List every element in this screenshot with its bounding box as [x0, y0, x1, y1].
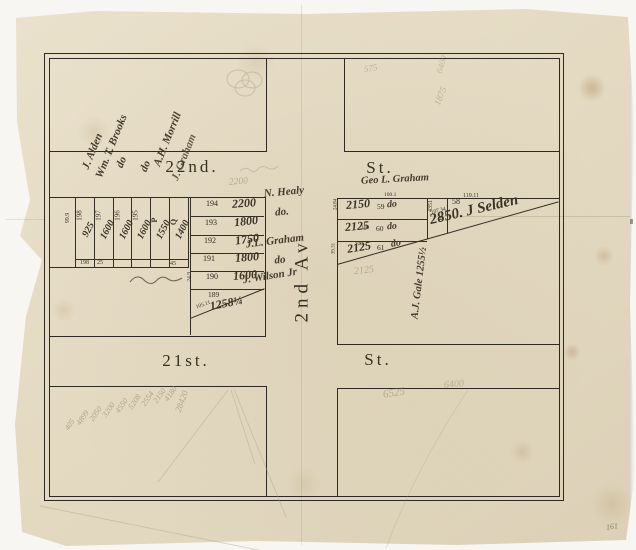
- lot-dim: 24.84: [334, 192, 339, 218]
- lot-line: [49, 267, 188, 268]
- block-upper-right: [344, 58, 560, 152]
- lot-number: 191: [203, 255, 215, 263]
- pencil-note: 2125: [354, 265, 375, 277]
- lot-dim: 39.31: [332, 236, 337, 262]
- lot-number: 59: [377, 203, 385, 211]
- lot-line: [188, 197, 189, 268]
- block-lower-right: [337, 388, 560, 497]
- lot-dim: 100.1: [384, 193, 396, 199]
- pencil-note: 2200: [229, 177, 249, 188]
- pencil-note: 161: [606, 522, 619, 532]
- lot-number: 190: [206, 273, 218, 281]
- street-label-22nd: 22nd.: [160, 158, 224, 175]
- owner-name: do.: [272, 206, 293, 219]
- pencil-note: 6400: [444, 379, 465, 390]
- street-label-st-bottom: St.: [358, 351, 398, 368]
- lot-dim: 100: [361, 226, 369, 232]
- lot-dim: 198: [80, 260, 89, 266]
- lot-number: 60: [376, 225, 384, 233]
- lot-dim: 99.9: [65, 204, 71, 232]
- fold-crease-horizontal-left: [6, 219, 46, 220]
- lot-dim: 24.9: [187, 264, 193, 290]
- lot-number: 193: [205, 219, 217, 227]
- street-label-21st: 21st.: [156, 352, 216, 369]
- lot-dim: 45: [170, 261, 176, 267]
- lot-line: [190, 289, 264, 290]
- block-upper-left: [49, 58, 267, 152]
- lot-number: 194: [206, 200, 218, 208]
- plat-map: 22nd. St. 21st. St. 2nd Av J. Alden Wm. …: [0, 0, 636, 550]
- lot-line: [75, 259, 188, 260]
- lot-note: do: [387, 200, 398, 211]
- owner-name: do: [270, 254, 291, 267]
- lot-dim: 119.11: [463, 193, 479, 199]
- lot-note: do: [390, 238, 402, 250]
- edge-speck: [630, 219, 633, 224]
- lot-number: 61: [377, 244, 385, 252]
- lot-number: 198: [77, 203, 84, 229]
- lot-dim: 25: [97, 260, 103, 266]
- lot-number: 192: [204, 237, 216, 245]
